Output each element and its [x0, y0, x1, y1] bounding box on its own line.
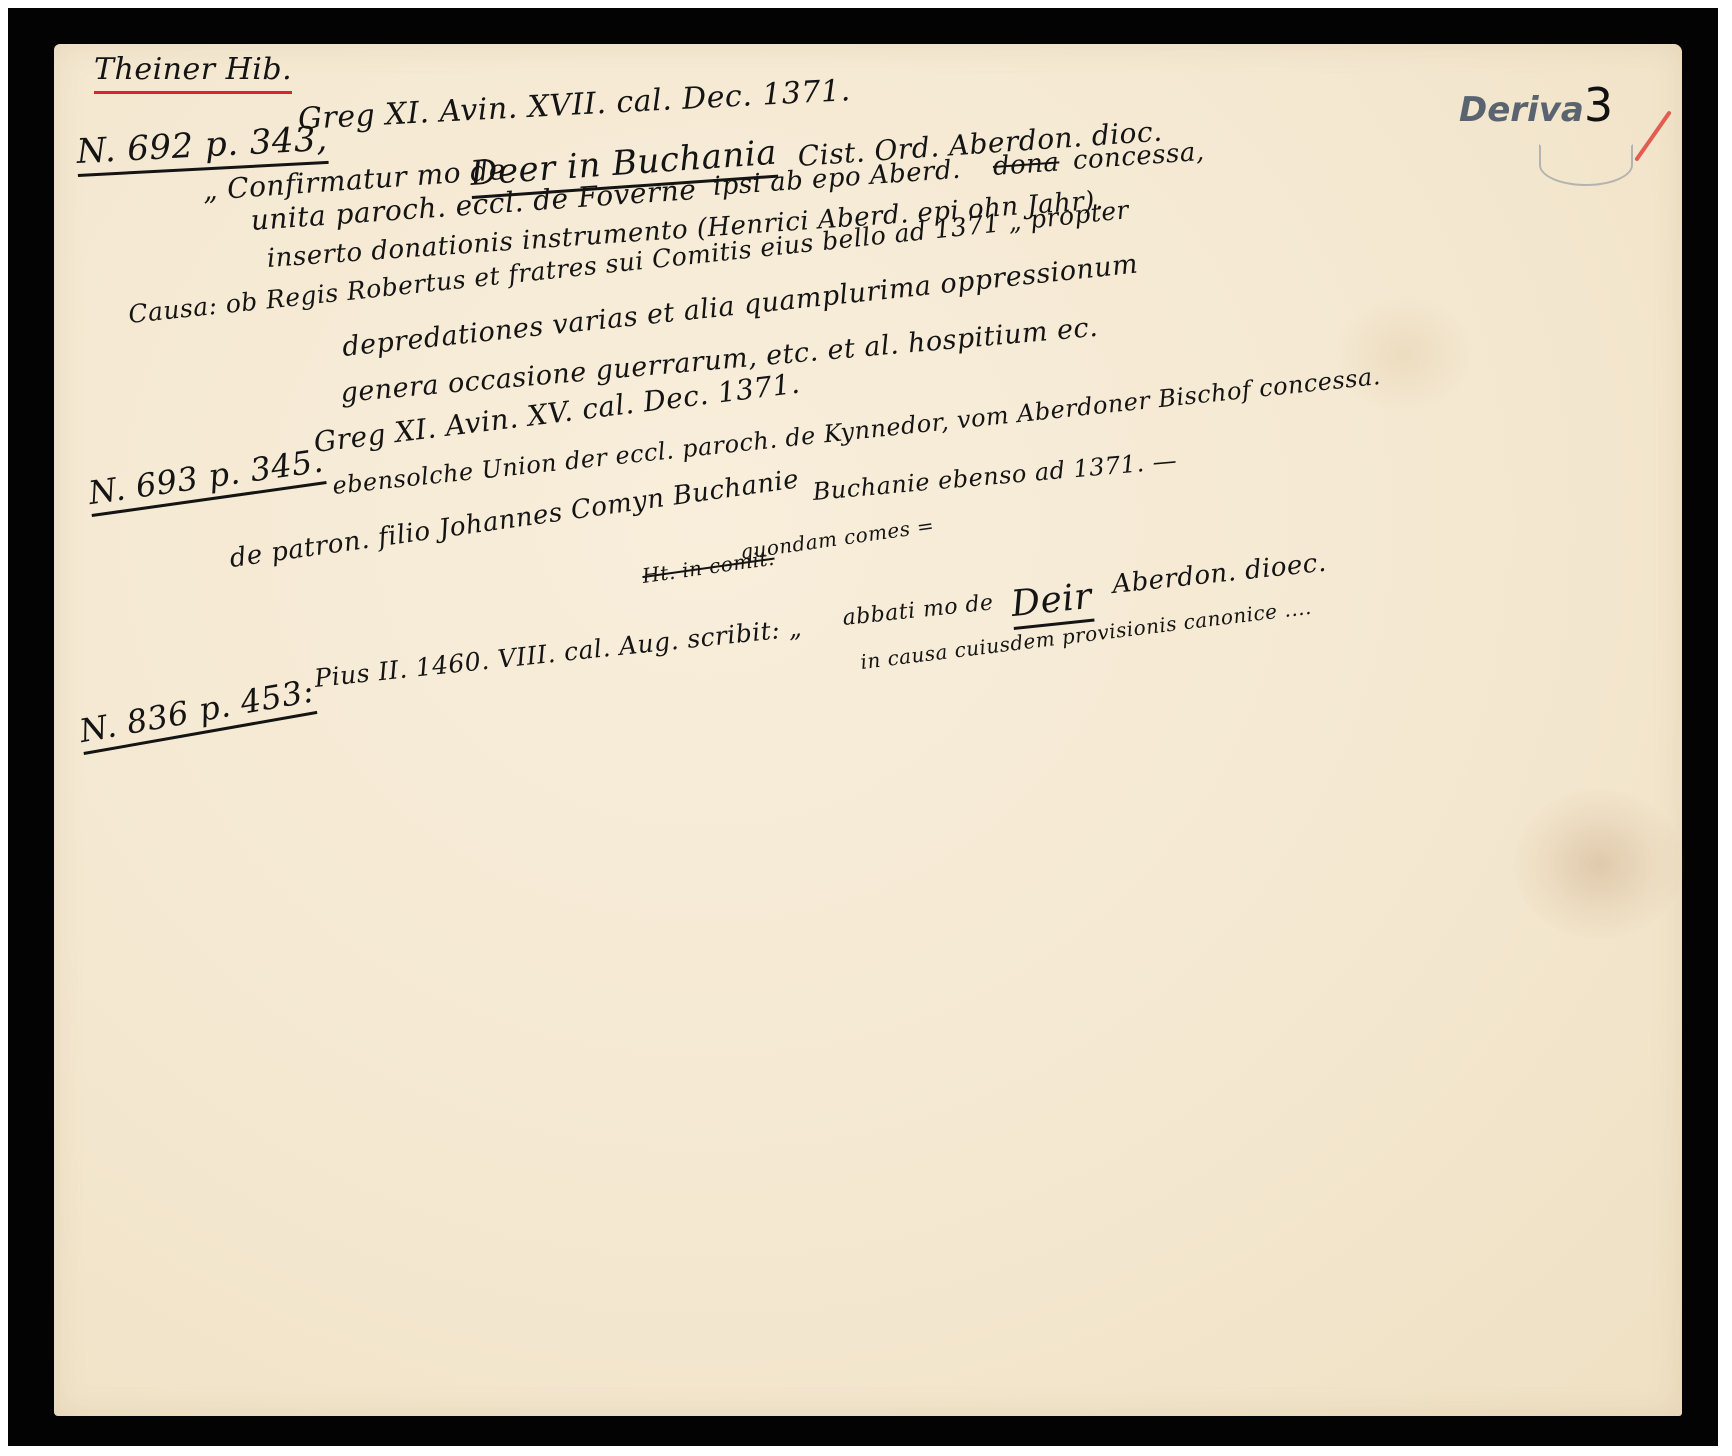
- paper-stain: [1334, 294, 1474, 414]
- entry-line: abbati mo de: [841, 590, 994, 631]
- entry-date-line: Greg XI. Avin. XVII. cal. Dec. 1371.: [297, 73, 851, 137]
- entry-line-struck: dona: [992, 147, 1060, 182]
- entry-date-line: Pius II. 1460. VIII. cal. Aug. scribit: …: [313, 613, 803, 693]
- source-header: Theiner Hib.: [94, 52, 292, 94]
- index-card: Theiner Hib. Deriva3 N. 692 p. 343, Greg…: [54, 44, 1682, 1416]
- entry-line: quondam comes =: [739, 513, 936, 564]
- entry-line: Buchanie ebenso ad 1371. —: [812, 446, 1179, 506]
- pencil-loop-mark: [1539, 144, 1633, 186]
- corner-note-number: 3: [1584, 78, 1613, 132]
- scan-background: Theiner Hib. Deriva3 N. 692 p. 343, Greg…: [8, 8, 1718, 1446]
- entry-ref: N. 693 p. 345.: [86, 441, 326, 517]
- entry-ref: N. 836 p. 453:: [77, 671, 318, 755]
- entry-line: Aberdon. dioec.: [1111, 548, 1328, 600]
- corner-note-text: Deriva: [1459, 90, 1584, 130]
- corner-note: Deriva3: [1459, 78, 1613, 132]
- red-check-mark: [1634, 110, 1672, 161]
- fingerprint-stain: [1514, 789, 1684, 939]
